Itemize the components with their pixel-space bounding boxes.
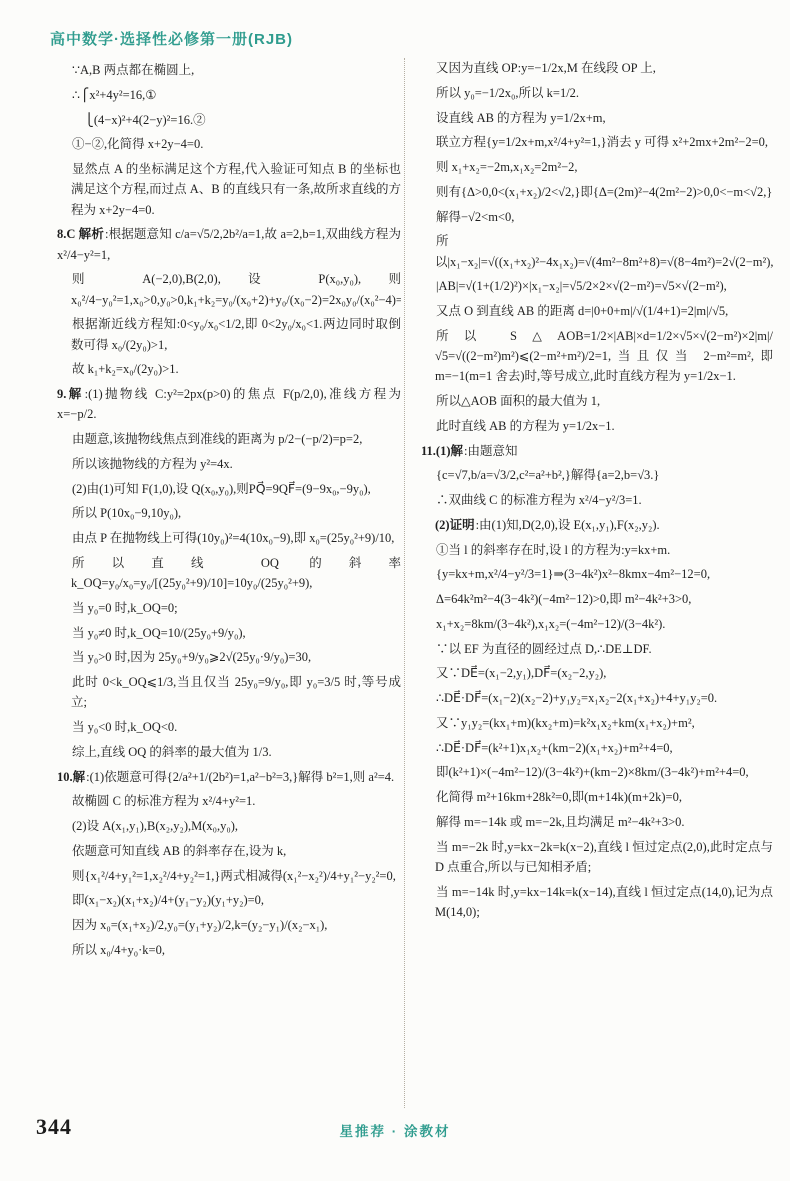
solution-line: 此时直线 AB 的方程为 y=1/2x−1. [421,416,773,436]
solution-text: 又∵DE⃗=(x₁−2,y₁),DF⃗=(x₂−2,y₂), [436,666,606,680]
solution-line: 则{x₁²/4+y₁²=1,x₂²/4+y₂²=1,}两式相减得(x₁²−x₂²… [57,866,401,886]
solution-line: (2)证明:由(1)知,D(2,0),设 E(x₁,y₁),F(x₂,y₂). [421,515,773,535]
solution-text: 所以该抛物线的方程为 y²=4x. [72,457,233,471]
solution-text: 因为 x₀=(x₁+x₂)/2,y₀=(y₁+y₂)/2,k=(y₂−y₁)/(… [72,918,327,932]
solution-step-label: 11.(1)解 [421,444,463,458]
solution-text: 显然点 A 的坐标满足这个方程,代入验证可知点 B 的坐标也满足这个方程,而过点… [71,162,401,217]
solution-text: 此时直线 AB 的方程为 y=1/2x−1. [436,419,615,433]
solution-line: 即(x₁−x₂)(x₁+x₂)/4+(y₁−y₂)(y₁+y₂)=0, [57,890,401,910]
solution-line: (2)设 A(x₁,y₁),B(x₂,y₂),M(x₀,y₀), [57,816,401,836]
solution-text: (2)设 A(x₁,y₁),B(x₂,y₂),M(x₀,y₀), [72,819,238,833]
solution-line: ∵以 EF 为直径的圆经过点 D,∴DE⊥DF. [421,639,773,659]
textbook-answer-page: 高中数学·选择性必修第一册(RJB) ∵A,B 两点都在椭圆上, ∴⎧x²+4y… [0,0,790,1181]
solution-text: ∵以 EF 为直径的圆经过点 D,∴DE⊥DF. [436,642,652,656]
solution-text: 此时 0<k_OQ⩽1/3,当且仅当 25y₀=9/y₀,即 y₀=3/5 时,… [71,675,401,709]
solution-line: 则 A(−2,0),B(2,0),设 P(x₀,y₀),则 x₀²/4−y₀²=… [57,269,401,310]
solution-line: ∴双曲线 C 的标准方程为 x²/4−y²/3=1. [421,490,773,510]
solution-text: 当 y₀≠0 时,k_OQ=10/(25y₀+9/y₀), [72,626,246,640]
solution-line: 即(k²+1)×(−4m²−12)/(3−4k²)+(km−2)×8km/(3−… [421,762,773,782]
column-divider [404,58,405,1108]
solution-line: ①当 l 的斜率存在时,设 l 的方程为:y=kx+m. [421,540,773,560]
solution-text: ①−②,化简得 x+2y−4=0. [72,137,203,151]
brand-footer: 星推荐 · 涂教材 [0,1120,790,1140]
solution-text: |AB|=√(1+(1/2)²)×|x₁−x₂|=√5/2×2×√(2−m²)=… [436,279,727,293]
solution-text: 依题意可知直线 AB 的斜率存在,设为 k, [72,844,286,858]
solution-text: 设直线 AB 的方程为 y=1/2x+m, [436,111,606,125]
solution-line: {c=√7,b/a=√3/2,c²=a²+b²,}解得{a=2,b=√3.} [421,465,773,485]
solution-text: Δ=64k²m²−4(3−4k²)(−4m²−12)>0,即 m²−4k²+3>… [436,592,691,606]
solution-line: (2)由(1)可知 F(1,0),设 Q(x₀,y₀),则PQ⃗=9QF⃗=(9… [57,479,401,499]
solution-line: 又∵DE⃗=(x₁−2,y₁),DF⃗=(x₂−2,y₂), [421,663,773,683]
solution-text: :根据题意知 c/a=√5/2,2b²/a=1,故 a=2,b=1,双曲线方程为… [57,227,401,261]
solution-line: 联立方程{y=1/2x+m,x²/4+y²=1,}消去 y 可得 x²+2mx+… [421,132,773,152]
solution-line: ⎩(4−x)²+4(2−y)²=16.② [57,110,401,130]
right-column: 又因为直线 OP:y=−1/2x,M 在线段 OP 上, 所以 y₀=−1/2x… [421,58,773,1112]
solution-line: 当 y₀=0 时,k_OQ=0; [57,598,401,618]
solution-line: 则有{Δ>0,0<(x₁+x₂)/2<√2,}即{Δ=(2m)²−4(2m²−2… [421,182,773,202]
solution-text: 又点 O 到直线 AB 的距离 d=|0+0+m|/√(1/4+1)=2|m|/… [436,304,728,318]
solution-line: 当 m=−2k 时,y=kx−2k=k(x−2),直线 l 恒过定点(2,0),… [421,837,773,878]
solution-text: :由题意知 [464,444,517,458]
solution-text: 即(x₁−x₂)(x₁+x₂)/4+(y₁−y₂)(y₁+y₂)=0, [72,893,264,907]
solution-text: 所以直线 OQ 的斜率 k_OQ=y₀/x₀=y₀/[(25y₀²+9)/10]… [71,556,401,590]
solution-line: |AB|=√(1+(1/2)²)×|x₁−x₂|=√5/2×2×√(2−m²)=… [421,276,773,296]
solution-text: ∴DE⃗·DF⃗=(x₁−2)(x₂−2)+y₁y₂=x₁x₂−2(x₁+x₂)… [436,691,717,705]
solution-text: 所以△AOB 面积的最大值为 1, [436,394,600,408]
solution-text: 由点 P 在抛物线上可得(10y₀)²=4(10x₀−9),即 x₀=(25y₀… [72,531,394,545]
solution-line: 11.(1)解:由题意知 [421,441,773,461]
solution-line: ∴DE⃗·DF⃗=(x₁−2)(x₂−2)+y₁y₂=x₁x₂−2(x₁+x₂)… [421,688,773,708]
solution-text: 则有{Δ>0,0<(x₁+x₂)/2<√2,}即{Δ=(2m)²−4(2m²−2… [436,185,772,199]
solution-line: 此时 0<k_OQ⩽1/3,当且仅当 25y₀=9/y₀,即 y₀=3/5 时,… [57,672,401,713]
solution-text: ∴双曲线 C 的标准方程为 x²/4−y²/3=1. [436,493,642,507]
solution-line: 由题意,该抛物线焦点到准线的距离为 p/2−(−p/2)=p=2, [57,429,401,449]
solution-line: 由点 P 在抛物线上可得(10y₀)²=4(10x₀−9),即 x₀=(25y₀… [57,528,401,548]
solution-text: 综上,直线 OQ 的斜率的最大值为 1/3. [72,745,272,759]
solution-line: 显然点 A 的坐标满足这个方程,代入验证可知点 B 的坐标也满足这个方程,而过点… [57,159,401,220]
solution-line: 设直线 AB 的方程为 y=1/2x+m, [421,108,773,128]
page-header-title: 高中数学·选择性必修第一册(RJB) [50,28,293,49]
solution-line: 当 y₀>0 时,因为 25y₀+9/y₀⩾2√(25y₀·9/y₀)=30, [57,647,401,667]
solution-line: 9.解:(1)抛物线 C:y²=2px(p>0)的焦点 F(p/2,0),准线方… [57,384,401,425]
solution-text: (2)由(1)可知 F(1,0),设 Q(x₀,y₀),则PQ⃗=9QF⃗=(9… [72,482,371,496]
solution-line: 所以直线 OQ 的斜率 k_OQ=y₀/x₀=y₀/[(25y₀²+9)/10]… [57,553,401,594]
solution-line: 8.C 解析:根据题意知 c/a=√5/2,2b²/a=1,故 a=2,b=1,… [57,224,401,265]
solution-line: ①−②,化简得 x+2y−4=0. [57,134,401,154]
solution-text: ∵A,B 两点都在椭圆上, [72,63,194,77]
solution-line: 故 k₁+k₂=x₀/(2y₀)>1. [57,359,401,379]
solution-line: ∴⎧x²+4y²=16,① [57,85,401,105]
solution-text: ∴DE⃗·DF⃗=(k²+1)x₁x₂+(km−2)(x₁+x₂)+m²+4=0… [436,741,673,755]
solution-line: 解得 m=−14k 或 m=−2k,且均满足 m²−4k²+3>0. [421,812,773,832]
solution-text: ①当 l 的斜率存在时,设 l 的方程为:y=kx+m. [436,543,670,557]
solution-line: 解得−√2<m<0, [421,207,773,227]
solution-text: 则 x₁+x₂=−2m,x₁x₂=2m²−2, [436,160,578,174]
solution-text: x₁+x₂=8km/(3−4k²),x₁x₂=(−4m²−12)/(3−4k²)… [436,617,665,631]
solution-text: 当 m=−14k 时,y=kx−14k=k(x−14),直线 l 恒过定点(14… [435,885,773,919]
solution-line: 又点 O 到直线 AB 的距离 d=|0+0+m|/√(1/4+1)=2|m|/… [421,301,773,321]
solution-text: 所以 P(10x₀−9,10y₀), [72,506,181,520]
solution-line: 所以△AOB 面积的最大值为 1, [421,391,773,411]
solution-line: 所以 S△AOB=1/2×|AB|×d=1/2×√5×√(2−m²)×2|m|/… [421,326,773,387]
solution-line: 因为 x₀=(x₁+x₂)/2,y₀=(y₁+y₂)/2,k=(y₂−y₁)/(… [57,915,401,935]
solution-text: :(1)抛物线 C:y²=2px(p>0)的焦点 F(p/2,0),准线方程为 … [57,387,401,421]
solution-line: 则 x₁+x₂=−2m,x₁x₂=2m²−2, [421,157,773,177]
solution-line: 化简得 m²+16km+28k²=0,即(m+14k)(m+2k)=0, [421,787,773,807]
solution-text: 当 y₀<0 时,k_OQ<0. [72,720,177,734]
left-column: ∵A,B 两点都在椭圆上, ∴⎧x²+4y²=16,① ⎩(4−x)²+4(2−… [57,60,401,1110]
solution-text: {c=√7,b/a=√3/2,c²=a²+b²,}解得{a=2,b=√3.} [436,468,659,482]
solution-text: 联立方程{y=1/2x+m,x²/4+y²=1,}消去 y 可得 x²+2mx+… [436,135,768,149]
solution-text: 化简得 m²+16km+28k²=0,即(m+14k)(m+2k)=0, [436,790,682,804]
solution-text: 当 m=−2k 时,y=kx−2k=k(x−2),直线 l 恒过定点(2,0),… [435,840,773,874]
solution-line: 10.解:(1)依题意可得{2/a²+1/(2b²)=1,a²−b²=3,}解得… [57,767,401,787]
solution-line: 所以 y₀=−1/2x₀,所以 k=1/2. [421,83,773,103]
solution-line: 依题意可知直线 AB 的斜率存在,设为 k, [57,841,401,861]
solution-text: 故 k₁+k₂=x₀/(2y₀)>1. [72,362,179,376]
solution-text: 根据渐近线方程知:0<y₀/x₀<1/2,即 0<2y₀/x₀<1.两边同时取倒… [71,317,401,351]
solution-step-label: (2)证明 [435,518,475,532]
solution-step-label: 9.解 [57,387,84,401]
solution-line: ∴DE⃗·DF⃗=(k²+1)x₁x₂+(km−2)(x₁+x₂)+m²+4=0… [421,738,773,758]
solution-text: :(1)依题意可得{2/a²+1/(2b²)=1,a²−b²=3,}解得 b²=… [86,770,394,784]
solution-line: Δ=64k²m²−4(3−4k²)(−4m²−12)>0,即 m²−4k²+3>… [421,589,773,609]
solution-line: 所以|x₁−x₂|=√((x₁+x₂)²−4x₁x₂)=√(4m²−8m²+8)… [421,231,773,272]
solution-text: 所以|x₁−x₂|=√((x₁+x₂)²−4x₁x₂)=√(4m²−8m²+8)… [435,234,773,268]
solution-text: 又因为直线 OP:y=−1/2x,M 在线段 OP 上, [436,61,656,75]
solution-text: 即(k²+1)×(−4m²−12)/(3−4k²)+(km−2)×8km/(3−… [436,765,749,779]
solution-line: 故椭圆 C 的标准方程为 x²/4+y²=1. [57,791,401,811]
solution-text: 解得 m=−14k 或 m=−2k,且均满足 m²−4k²+3>0. [436,815,685,829]
solution-text: 当 y₀=0 时,k_OQ=0; [72,601,178,615]
solution-text: 故椭圆 C 的标准方程为 x²/4+y²=1. [72,794,255,808]
solution-line: {y=kx+m,x²/4−y²/3=1}⇒(3−4k²)x²−8kmx−4m²−… [421,564,773,584]
solution-text: ⎩(4−x)²+4(2−y)²=16.② [72,113,206,127]
solution-line: 又∵y₁y₂=(kx₁+m)(kx₂+m)=k²x₁x₂+km(x₁+x₂)+m… [421,713,773,733]
solution-line: 综上,直线 OQ 的斜率的最大值为 1/3. [57,742,401,762]
solution-line: 所以 x₀/4+y₀·k=0, [57,940,401,960]
solution-line: 所以该抛物线的方程为 y²=4x. [57,454,401,474]
solution-text: 所以 x₀/4+y₀·k=0, [72,943,165,957]
solution-text: ∴⎧x²+4y²=16,① [72,88,157,102]
solution-step-label: 8.C 解析 [57,227,104,241]
solution-text: {y=kx+m,x²/4−y²/3=1}⇒(3−4k²)x²−8kmx−4m²−… [436,567,710,581]
solution-line: 又因为直线 OP:y=−1/2x,M 在线段 OP 上, [421,58,773,78]
solution-text: 解得−√2<m<0, [436,210,514,224]
solution-line: 当 y₀<0 时,k_OQ<0. [57,717,401,737]
solution-line: x₁+x₂=8km/(3−4k²),x₁x₂=(−4m²−12)/(3−4k²)… [421,614,773,634]
solution-text: 又∵y₁y₂=(kx₁+m)(kx₂+m)=k²x₁x₂+km(x₁+x₂)+m… [436,716,695,730]
solution-text: 所以 S△AOB=1/2×|AB|×d=1/2×√5×√(2−m²)×2|m|/… [435,329,773,384]
solution-text: :由(1)知,D(2,0),设 E(x₁,y₁),F(x₂,y₂). [476,518,660,532]
solution-text: 由题意,该抛物线焦点到准线的距离为 p/2−(−p/2)=p=2, [72,432,362,446]
solution-line: 所以 P(10x₀−9,10y₀), [57,503,401,523]
solution-text: 则{x₁²/4+y₁²=1,x₂²/4+y₂²=1,}两式相减得(x₁²−x₂²… [72,869,396,883]
solution-text: 则 A(−2,0),B(2,0),设 P(x₀,y₀),则 x₀²/4−y₀²=… [71,272,401,306]
solution-line: ∵A,B 两点都在椭圆上, [57,60,401,80]
solution-line: 根据渐近线方程知:0<y₀/x₀<1/2,即 0<2y₀/x₀<1.两边同时取倒… [57,314,401,355]
solution-text: 当 y₀>0 时,因为 25y₀+9/y₀⩾2√(25y₀·9/y₀)=30, [72,650,311,664]
solution-line: 当 m=−14k 时,y=kx−14k=k(x−14),直线 l 恒过定点(14… [421,882,773,923]
solution-text: 所以 y₀=−1/2x₀,所以 k=1/2. [436,86,579,100]
solution-step-label: 10.解 [57,770,85,784]
solution-line: 当 y₀≠0 时,k_OQ=10/(25y₀+9/y₀), [57,623,401,643]
